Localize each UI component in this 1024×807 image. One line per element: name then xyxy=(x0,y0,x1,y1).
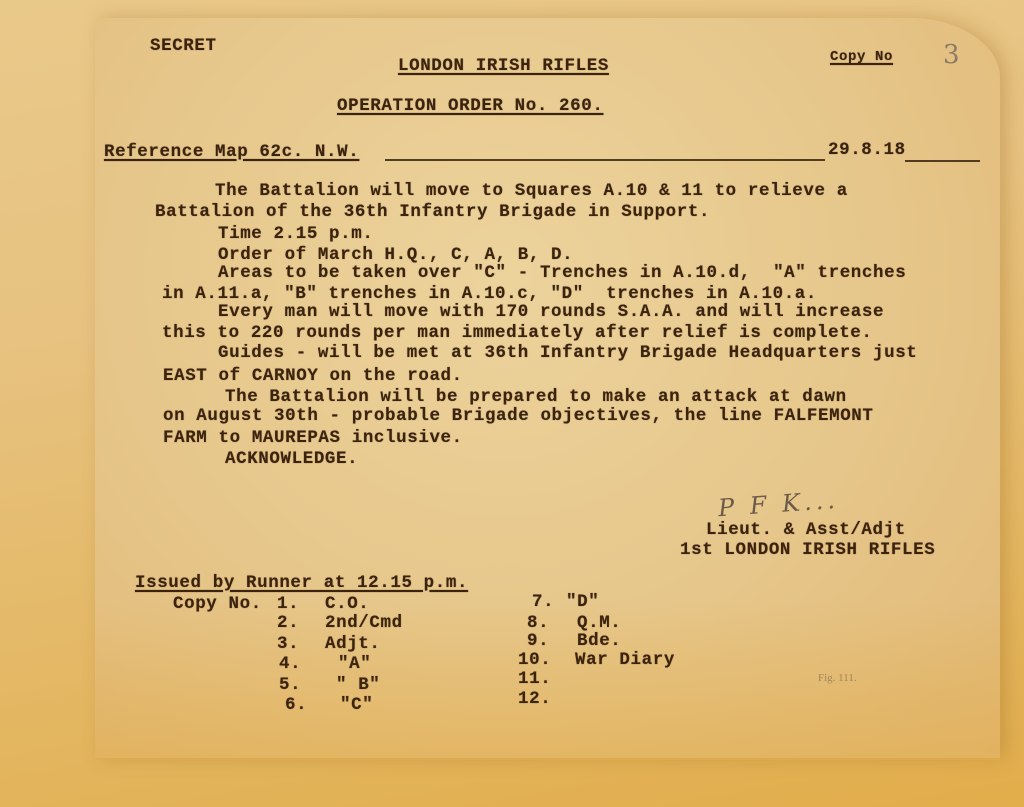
body-line: Order of March H.Q., C, A, B, D. xyxy=(218,247,573,265)
copy-number: 1. xyxy=(277,596,299,614)
body-line: EAST of CARNOY on the road. xyxy=(163,368,463,386)
reference-map: Reference Map 62c. N.W. xyxy=(104,144,359,162)
body-line: in A.11.a, "B" trenches in A.10.c, "D" t… xyxy=(162,286,817,304)
issued-by-runner: Issued by Runner at 12.15 p.m. xyxy=(135,575,468,593)
body-line: The Battalion will be prepared to make a… xyxy=(225,389,847,407)
copy-number-handwritten: 3 xyxy=(943,40,960,70)
figure-label: Fig. 111. xyxy=(818,672,857,684)
copy-number: 10. xyxy=(518,652,551,670)
copy-number: 2. xyxy=(277,615,299,633)
date-rule xyxy=(905,160,980,162)
copy-recipient: "C" xyxy=(340,697,373,715)
copy-recipient: War Diary xyxy=(575,652,675,670)
copy-number: 3. xyxy=(277,636,299,654)
copy-recipient: "A" xyxy=(338,656,371,674)
body-line: Time 2.15 p.m. xyxy=(218,226,373,244)
copy-number: 6. xyxy=(285,697,307,715)
body-line: Battalion of the 36th Infantry Brigade i… xyxy=(155,204,710,222)
body-line: on August 30th - probable Brigade object… xyxy=(163,408,874,426)
copy-recipient: Q.M. xyxy=(577,615,621,633)
copy-number: 12. xyxy=(518,691,551,709)
body-line-acknowledge: ACKNOWLEDGE. xyxy=(225,451,358,469)
copy-number: 11. xyxy=(518,671,551,689)
body-line: The Battalion will move to Squares A.10 … xyxy=(215,183,848,201)
body-line: Every man will move with 170 rounds S.A.… xyxy=(218,304,884,322)
reference-rule xyxy=(385,159,825,161)
copy-recipient: C.O. xyxy=(325,596,369,614)
copy-recipient: 2nd/Cmd xyxy=(325,615,403,633)
signatory-rank: Lieut. & Asst/Adjt xyxy=(706,522,906,540)
copy-number: 5. xyxy=(279,677,301,695)
copy-number: 8. xyxy=(527,615,549,633)
body-line: FARM to MAUREPAS inclusive. xyxy=(163,430,463,448)
signatory-unit: 1st LONDON IRISH RIFLES xyxy=(680,542,935,560)
order-date: 29.8.18 xyxy=(828,142,906,160)
copy-number: 9. xyxy=(527,633,549,651)
copy-number: 7. xyxy=(532,594,554,612)
copy-recipient: Adjt. xyxy=(325,636,381,654)
copy-recipient: Bde. xyxy=(577,633,621,651)
body-line: Areas to be taken over "C" - Trenches in… xyxy=(218,265,906,283)
body-line: Guides - will be met at 36th Infantry Br… xyxy=(218,345,917,363)
order-title: OPERATION ORDER No. 260. xyxy=(337,98,603,116)
copy-number-label: Copy No xyxy=(830,50,893,64)
unit-title: LONDON IRISH RIFLES xyxy=(398,58,609,76)
copy-recipient: " B" xyxy=(336,677,380,695)
copy-recipient: "D" xyxy=(566,594,599,612)
copy-no-label: Copy No. xyxy=(173,596,262,614)
body-line: this to 220 rounds per man immediately a… xyxy=(162,325,873,343)
classification-label: SECRET xyxy=(150,38,217,56)
copy-number: 4. xyxy=(279,656,301,674)
